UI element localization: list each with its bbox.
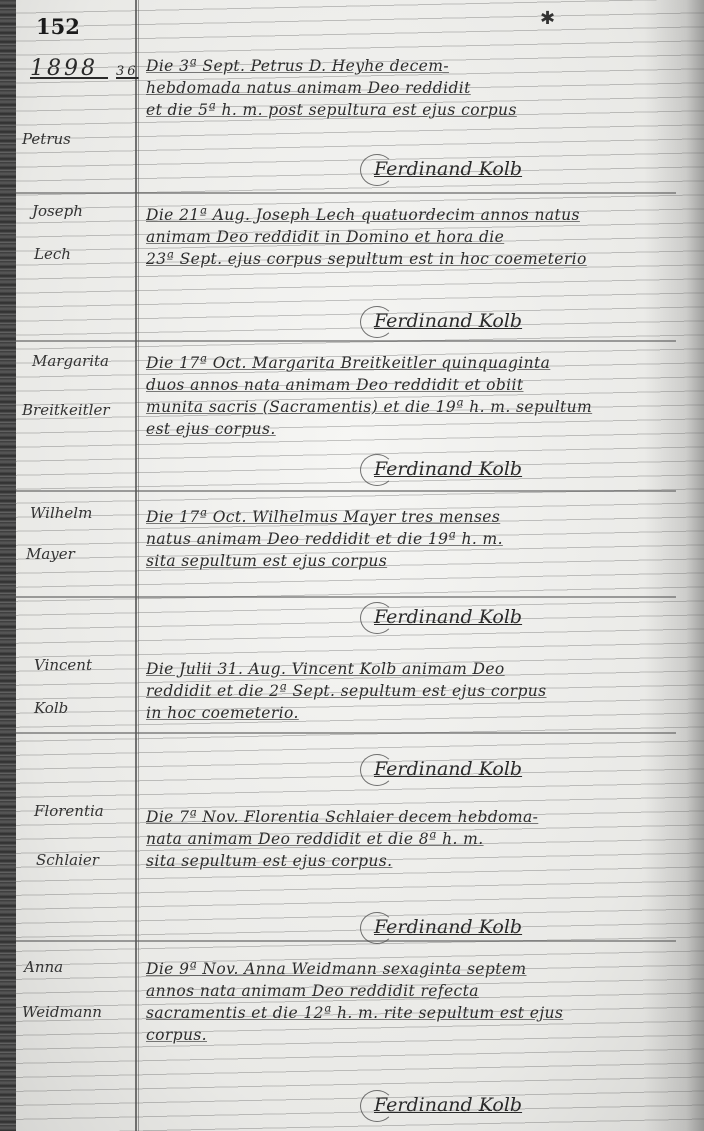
deceased-name-6: Florentia Schlaier — [22, 804, 134, 868]
priest-signature-4: Ferdinand Kolb — [360, 606, 654, 628]
entry-text-3: Die 17ª Oct. Margarita Breitkeitler quin… — [146, 352, 676, 440]
register-year: 1898 36 — [30, 56, 139, 81]
deceased-name-2: Joseph Lech — [22, 204, 134, 262]
margin-column-rule-secondary — [138, 0, 139, 1131]
entry-text-5: Die Julii 31. Aug. Vincent Kolb animam D… — [146, 658, 676, 724]
deceased-name-5: Vincent Kolb — [22, 658, 134, 716]
entry-text-4: Die 17ª Oct. Wilhelmus Mayer tres menses… — [146, 506, 676, 572]
deceased-name-3: Margarita Breitkeitler — [22, 354, 134, 418]
page-number: 152 — [36, 14, 80, 39]
entry-separator — [16, 940, 676, 942]
entry-separator — [16, 340, 676, 342]
entry-separator — [16, 192, 676, 194]
entry-separator — [16, 490, 676, 492]
priest-signature-1: Ferdinand Kolb — [360, 158, 654, 180]
entry-text-1: Die 3ª Sept. Petrus D. Heyhe decem- hebd… — [146, 55, 676, 121]
entry-text-6: Die 7ª Nov. Florentia Schlaier decem heb… — [146, 806, 676, 872]
year-suffix: 36 — [116, 64, 139, 79]
book-binding-edge — [0, 0, 16, 1131]
ink-blot: ✱ — [540, 8, 555, 29]
priest-signature-6: Ferdinand Kolb — [360, 916, 654, 938]
priest-signature-7: Ferdinand Kolb — [360, 1094, 654, 1116]
register-page: ✱ 152 1898 36 Petrus Die 3ª Sept. Petrus… — [0, 0, 704, 1131]
priest-signature-5: Ferdinand Kolb — [360, 758, 654, 780]
deceased-name-4: Wilhelm Mayer — [22, 506, 134, 562]
priest-signature-3: Ferdinand Kolb — [360, 458, 654, 480]
entry-text-7: Die 9ª Nov. Anna Weidmann sexaginta sept… — [146, 958, 676, 1046]
deceased-name-7: Anna Weidmann — [22, 960, 134, 1020]
margin-column-rule — [135, 0, 137, 1131]
entry-separator — [16, 732, 676, 734]
year-value: 1898 — [30, 56, 98, 81]
deceased-name-1: Petrus — [22, 132, 134, 147]
entry-separator — [16, 596, 676, 598]
entry-text-2: Die 21ª Aug. Joseph Lech quatuordecim an… — [146, 204, 676, 270]
priest-signature-2: Ferdinand Kolb — [360, 310, 654, 332]
